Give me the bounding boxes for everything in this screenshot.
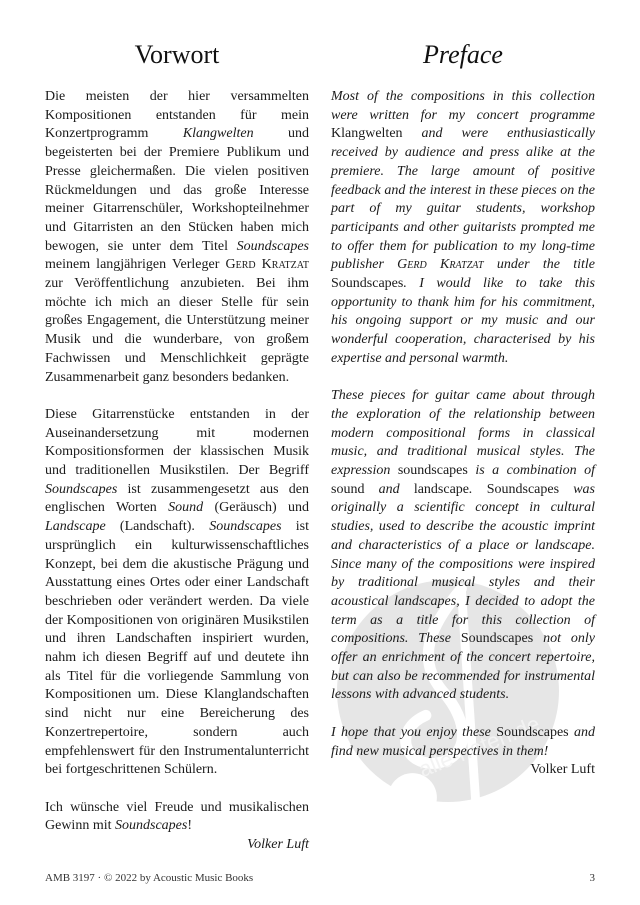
copyright-line: AMB 3197 · © 2022 by Acoustic Music Book… xyxy=(45,872,253,884)
page-footer: AMB 3197 · © 2022 by Acoustic Music Book… xyxy=(45,872,595,884)
english-paragraph-3: I hope that you enjoy these Soundscapes … xyxy=(331,724,595,761)
english-paragraph-2: These pieces for guitar came about throu… xyxy=(331,387,595,705)
german-paragraph-2: Diese Gitarrenstücke entstanden in der A… xyxy=(45,406,309,780)
page-number: 3 xyxy=(590,872,596,884)
english-heading: Preface xyxy=(331,40,595,70)
english-paragraph-1: Most of the compositions in this collect… xyxy=(331,88,595,369)
english-body: Most of the compositions in this collect… xyxy=(331,88,595,799)
english-signature: Volker Luft xyxy=(331,761,595,780)
german-signature: Volker Luft xyxy=(45,836,309,855)
german-paragraph-3: Ich wünsche viel Freude und musikalische… xyxy=(45,799,309,836)
german-body: Die meisten der hier versammelten Kompos… xyxy=(45,88,309,873)
german-heading: Vorwort xyxy=(45,40,309,70)
german-paragraph-1: Die meisten der hier versammelten Kompos… xyxy=(45,88,309,387)
